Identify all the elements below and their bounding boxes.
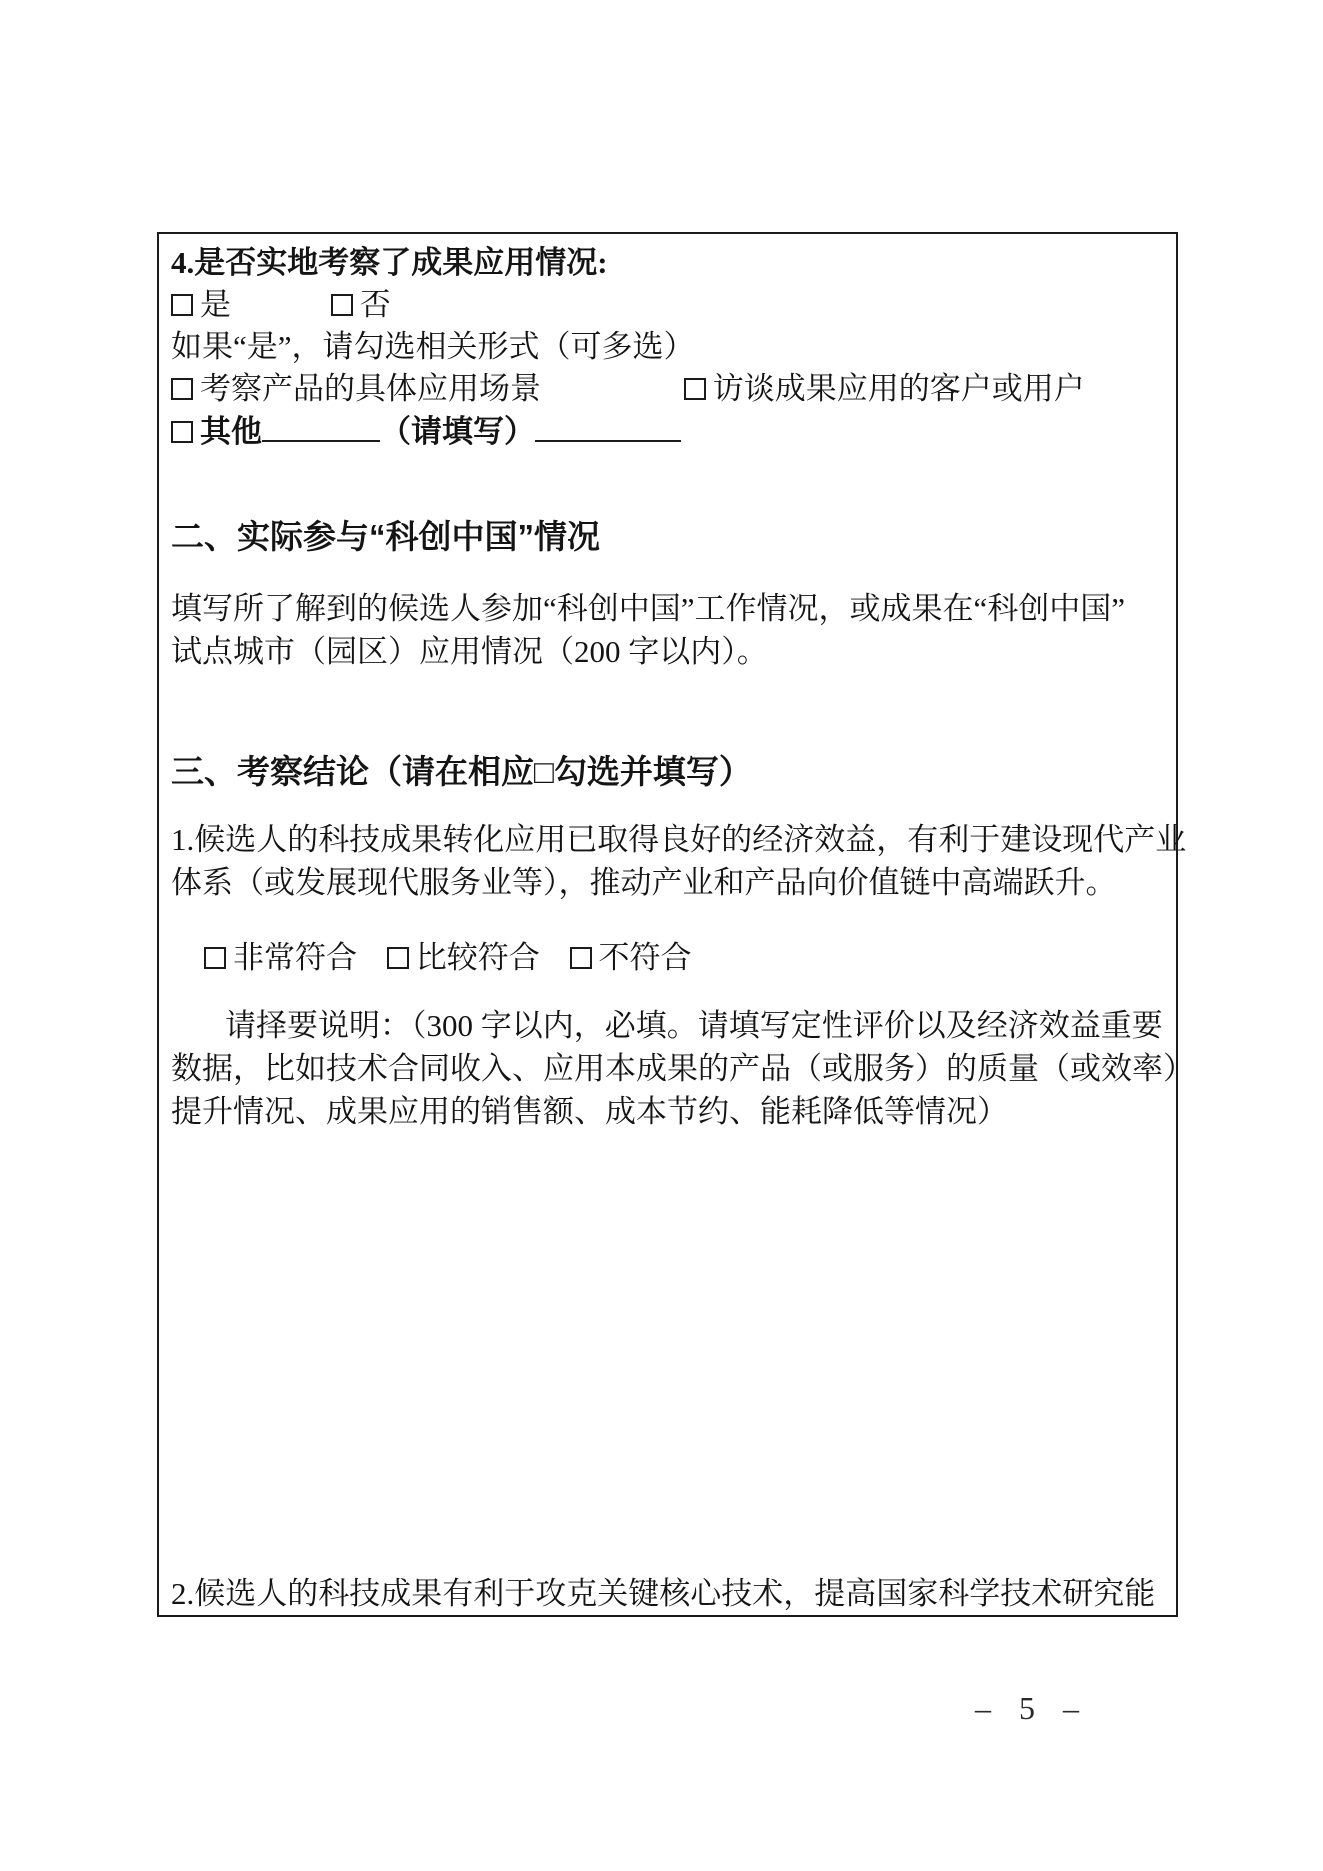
conclusion-item-1-line: 体系（或发展现代服务业等），推动产业和产品向价值链中高端跃升。: [171, 861, 1164, 904]
question-4-other-row: 其他（请填写）: [171, 410, 1164, 453]
question-4-hint: 如果“是”，请勾选相关形式（可多选）: [171, 326, 1164, 368]
section-2-body: 填写所了解到的候选人参加“科创中国”工作情况，或成果在“科创中国” 试点城市（园…: [171, 587, 1164, 673]
option-not-consistent[interactable]: 不符合: [570, 937, 692, 979]
conclusion-note-line: 提升情况、成果应用的销售额、成本节约、能耗降低等情况）: [171, 1090, 1164, 1133]
conclusion-note-line: 请择要说明：（300 字以内，必填。请填写定性评价以及经济效益重要: [171, 1004, 1164, 1047]
checkbox-no-icon[interactable]: [331, 294, 353, 316]
option-inspect-scenes-label: 考察产品的具体应用场景: [200, 371, 541, 406]
conclusion-note: 请择要说明：（300 字以内，必填。请填写定性评价以及经济效益重要 数据，比如技…: [171, 1004, 1164, 1133]
section-2-body-line: 试点城市（园区）应用情况（200 字以内）。: [171, 630, 1164, 673]
page-number: – 5 –: [975, 1690, 1082, 1727]
checkbox-interview-users-icon[interactable]: [684, 378, 706, 400]
option-no-label: 否: [360, 287, 391, 322]
option-yes-label: 是: [200, 287, 231, 322]
question-4-forms-row: 考察产品的具体应用场景 访谈成果应用的客户或用户: [171, 368, 1164, 410]
option-very-consistent-label: 非常符合: [233, 940, 357, 975]
checkbox-very-consistent-icon[interactable]: [204, 947, 226, 969]
option-fairly-consistent-label: 比较符合: [416, 940, 540, 975]
question-4-title: 4.是否实地考察了成果应用情况:: [171, 242, 1164, 284]
option-interview-users-label: 访谈成果应用的客户或用户: [713, 371, 1085, 406]
option-interview-users[interactable]: 访谈成果应用的客户或用户: [684, 368, 1085, 410]
checkbox-inspect-scenes-icon[interactable]: [171, 378, 193, 400]
option-inspect-scenes[interactable]: 考察产品的具体应用场景: [171, 368, 541, 410]
other-fill-line-1[interactable]: [262, 410, 380, 442]
section-2-body-line: 填写所了解到的候选人参加“科创中国”工作情况，或成果在“科创中国”: [171, 587, 1164, 630]
option-fairly-consistent[interactable]: 比较符合: [387, 937, 540, 979]
section-3-heading: 三、考察结论（请在相应□勾选并填写）: [171, 749, 1164, 795]
option-other[interactable]: 其他: [171, 411, 262, 453]
option-very-consistent[interactable]: 非常符合: [204, 937, 357, 979]
checkbox-not-consistent-icon[interactable]: [570, 947, 592, 969]
conclusion-item-1-line: 1.候选人的科技成果转化应用已取得良好的经济效益，有利于建设现代产业: [171, 818, 1164, 861]
document-page: 4.是否实地考察了成果应用情况: 是 否 如果“是”，请勾选相关形式（可多选） …: [0, 0, 1323, 1871]
evaluation-form-table: 4.是否实地考察了成果应用情况: 是 否 如果“是”，请勾选相关形式（可多选） …: [157, 232, 1178, 1617]
checkbox-yes-icon[interactable]: [171, 294, 193, 316]
checkbox-other-icon[interactable]: [171, 421, 193, 443]
question-4-yes-no-row: 是 否: [171, 284, 1164, 326]
option-yes[interactable]: 是: [171, 284, 231, 326]
other-fill-hint: （请填写）: [380, 414, 535, 449]
other-fill-line-2[interactable]: [535, 410, 681, 442]
conclusion-note-line: 数据，比如技术合同收入、应用本成果的产品（或服务）的质量（或效率）: [171, 1047, 1164, 1090]
option-not-consistent-label: 不符合: [599, 940, 692, 975]
conclusion-item-1: 1.候选人的科技成果转化应用已取得良好的经济效益，有利于建设现代产业 体系（或发…: [171, 818, 1164, 904]
option-no[interactable]: 否: [331, 284, 391, 326]
conclusion-options-row: 非常符合 比较符合 不符合: [171, 937, 1164, 979]
checkbox-fairly-consistent-icon[interactable]: [387, 947, 409, 969]
section-2-heading: 二、实际参与“科创中国”情况: [171, 514, 1164, 560]
option-other-label: 其他: [200, 414, 262, 449]
conclusion-item-2: 2.候选人的科技成果有利于攻克关键核心技术，提高国家科学技术研究能: [171, 1572, 1164, 1615]
